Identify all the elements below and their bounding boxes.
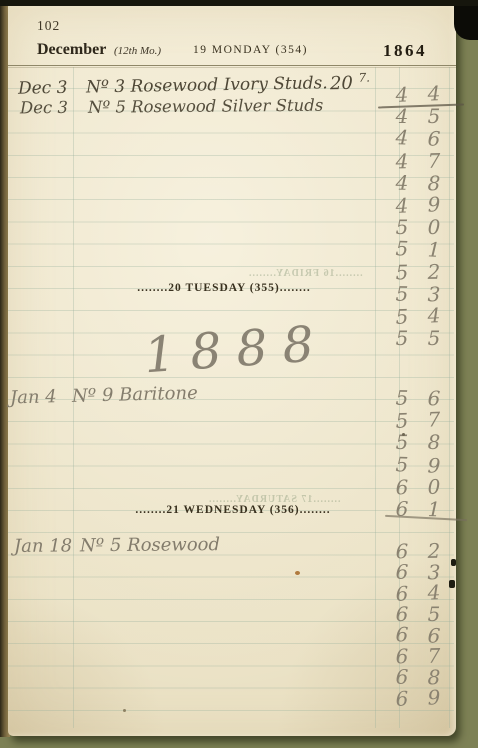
entry-item: Nº 5 Rosewood bbox=[80, 534, 220, 556]
tally-number: 54 bbox=[392, 304, 445, 328]
entry-date: Dec 3 bbox=[18, 78, 86, 99]
tally-number: 57 bbox=[392, 408, 445, 432]
page-number: 102 bbox=[37, 18, 60, 34]
tally-number: 58 bbox=[392, 431, 444, 453]
header-rule bbox=[8, 65, 456, 66]
entry-item: Nº 3 Rosewood Ivory Studs. bbox=[86, 73, 328, 97]
tally-number: 49 bbox=[392, 193, 445, 217]
age-spot bbox=[123, 709, 126, 712]
wednesday-heading: ........21 WEDNESDAY (356)........ bbox=[102, 504, 364, 516]
entry-item: Nº 9 Baritone bbox=[72, 383, 198, 407]
month-label: December bbox=[37, 41, 106, 59]
amount-column-line-3 bbox=[449, 67, 450, 728]
curled-corner-shadow bbox=[454, 0, 478, 40]
entry-monday-1: Dec 3Nº 3 Rosewood Ivory Studs. 20 7. bbox=[18, 73, 328, 98]
entry-date: Jan 18 bbox=[14, 535, 80, 557]
tally-number: 48 bbox=[392, 171, 444, 194]
amount-column-line-1 bbox=[375, 67, 376, 728]
tally-number: 50 bbox=[392, 216, 444, 238]
tally-number: 44 bbox=[392, 82, 445, 106]
tuesday-heading: ........20 TUESDAY (355)........ bbox=[98, 282, 350, 294]
diary-page: 102 December (12th Mo.) 19 MONDAY (354) … bbox=[8, 5, 456, 736]
edge-tear bbox=[449, 580, 455, 588]
tally-number: 69 bbox=[392, 686, 445, 710]
handwritten-1888: 1888 bbox=[142, 315, 330, 385]
monday-heading: 19 MONDAY (354) bbox=[193, 44, 308, 56]
tally-number: 56 bbox=[392, 387, 444, 410]
tally-number: 59 bbox=[392, 453, 445, 477]
scan-top-edge bbox=[0, 0, 478, 6]
entry-monday-2: Dec 3Nº 5 Rosewood Silver Studs bbox=[20, 96, 323, 118]
age-spot bbox=[402, 433, 405, 436]
year-label: 1864 bbox=[383, 41, 427, 61]
tally-number: 46 bbox=[392, 126, 445, 150]
entry-date: Jan 4 bbox=[10, 386, 73, 409]
printed-date-header: December (12th Mo.) 19 MONDAY (354) 1864 bbox=[8, 41, 456, 65]
tally-number: 51 bbox=[392, 237, 445, 261]
month-note: (12th Mo.) bbox=[114, 45, 161, 57]
entry-wednesday: Jan 18Nº 5 Rosewood bbox=[14, 534, 220, 557]
tally-number: 45 bbox=[392, 105, 444, 127]
tally-number: 52 bbox=[392, 260, 444, 283]
entry-amount: 20 7. bbox=[330, 71, 370, 95]
bleedthrough-friday-heading: ........16 FRIDAY........ bbox=[248, 268, 363, 279]
entry-date: Dec 3 bbox=[20, 98, 88, 118]
tally-number: 60 bbox=[392, 475, 444, 498]
entry-item: Nº 5 Rosewood Silver Studs bbox=[88, 96, 323, 117]
age-spot bbox=[295, 571, 300, 575]
tally-number: 53 bbox=[392, 282, 444, 305]
entry-tuesday: Jan 4Nº 9 Baritone bbox=[10, 383, 198, 409]
edge-tear bbox=[451, 559, 456, 566]
tally-number: 47 bbox=[392, 149, 444, 172]
tally-number: 55 bbox=[392, 327, 444, 349]
